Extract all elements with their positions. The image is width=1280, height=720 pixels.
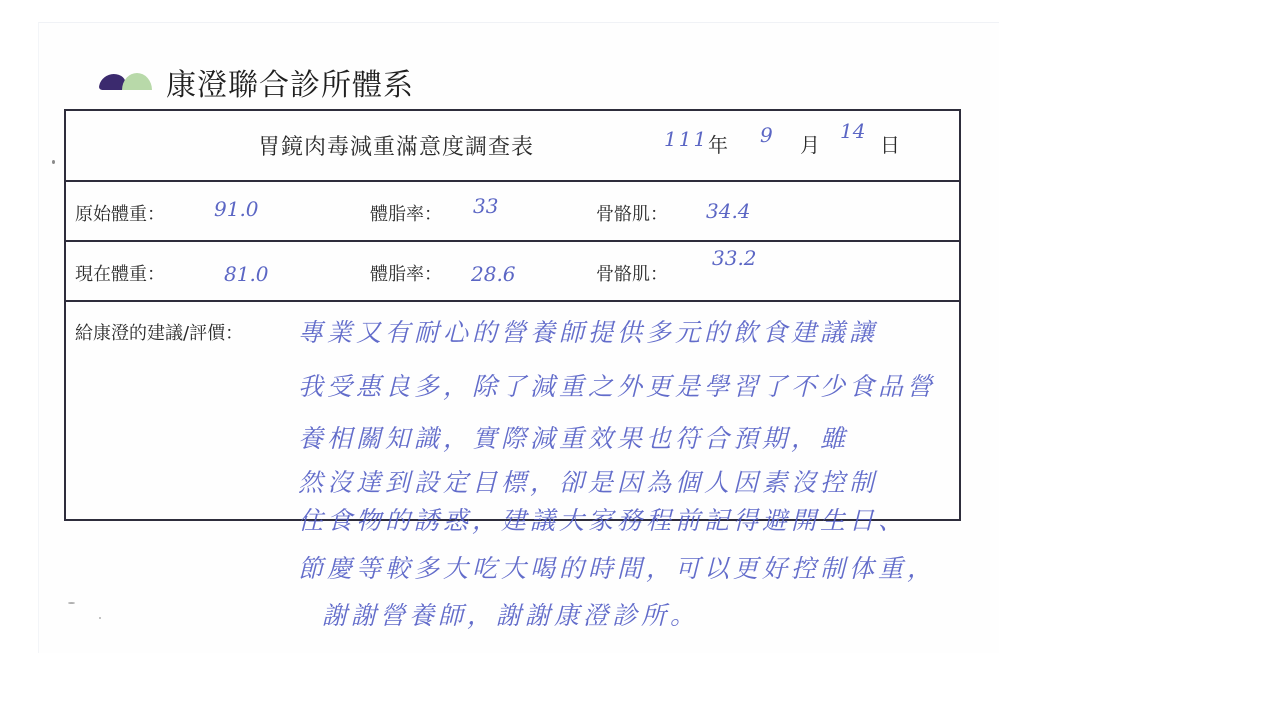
- title-row: 胃鏡肉毒減重滿意度調查表 111 年 9 月 14 日: [66, 111, 959, 182]
- organization-name: 康澄聯合診所體系: [166, 60, 414, 104]
- comment-label: 給康澄的建議/評價：: [75, 319, 243, 345]
- current-measurements-row: 現在體重： 81.0 體脂率： 28.6 骨骼肌： 33.2: [66, 242, 959, 302]
- date-year-value: 111: [664, 127, 708, 151]
- date-month-label: 月: [800, 129, 820, 158]
- clinic-header: 康澄聯合診所體系: [100, 60, 414, 104]
- comment-line: 專業又有耐心的營養師提供多元的飲食建議讓: [298, 313, 878, 349]
- comment-line: 謝謝營養師，謝謝康澄診所。: [322, 596, 699, 632]
- comment-line: 我受惠良多，除了減重之外更是學習了不少食品營: [298, 367, 936, 403]
- current-muscle-value: 33.2: [712, 246, 757, 270]
- form-title: 胃鏡肉毒減重滿意度調查表: [258, 130, 534, 161]
- scan-speck: [68, 602, 75, 604]
- original-body-fat-value: 33: [473, 194, 498, 218]
- original-weight-label: 原始體重：: [75, 200, 165, 226]
- original-weight-value: 91.0: [214, 197, 259, 221]
- comment-line: 然沒達到設定目標，卻是因為個人因素沒控制: [298, 463, 878, 499]
- original-muscle-label: 骨骼肌：: [596, 200, 668, 226]
- scan-speck: [52, 160, 55, 164]
- scan-speck: [99, 617, 101, 619]
- comment-line: 節慶等較多大吃大喝的時間，可以更好控制体重，: [298, 549, 936, 585]
- comment-line: 住食物的誘惑，建議大家務程前記得避開生日、: [298, 501, 907, 537]
- clinic-leaf-logo-icon: [100, 71, 154, 93]
- comment-line: 養相關知識，實際減重效果也符合預期，雖: [298, 419, 849, 455]
- current-body-fat-label: 體脂率：: [370, 260, 442, 286]
- current-weight-value: 81.0: [224, 262, 269, 286]
- current-weight-label: 現在體重：: [75, 260, 165, 286]
- original-muscle-value: 34.4: [706, 199, 751, 223]
- date-year-label: 年: [708, 129, 728, 158]
- current-muscle-label: 骨骼肌：: [596, 260, 668, 286]
- date-day-label: 日: [880, 129, 900, 158]
- original-body-fat-label: 體脂率：: [370, 200, 442, 226]
- original-measurements-row: 原始體重： 91.0 體脂率： 33 骨骼肌： 34.4: [66, 182, 959, 242]
- date-month-value: 9: [760, 123, 773, 147]
- current-body-fat-value: 28.6: [471, 262, 516, 286]
- date-day-value: 14: [840, 119, 865, 143]
- logo-light-leaf: [122, 73, 152, 90]
